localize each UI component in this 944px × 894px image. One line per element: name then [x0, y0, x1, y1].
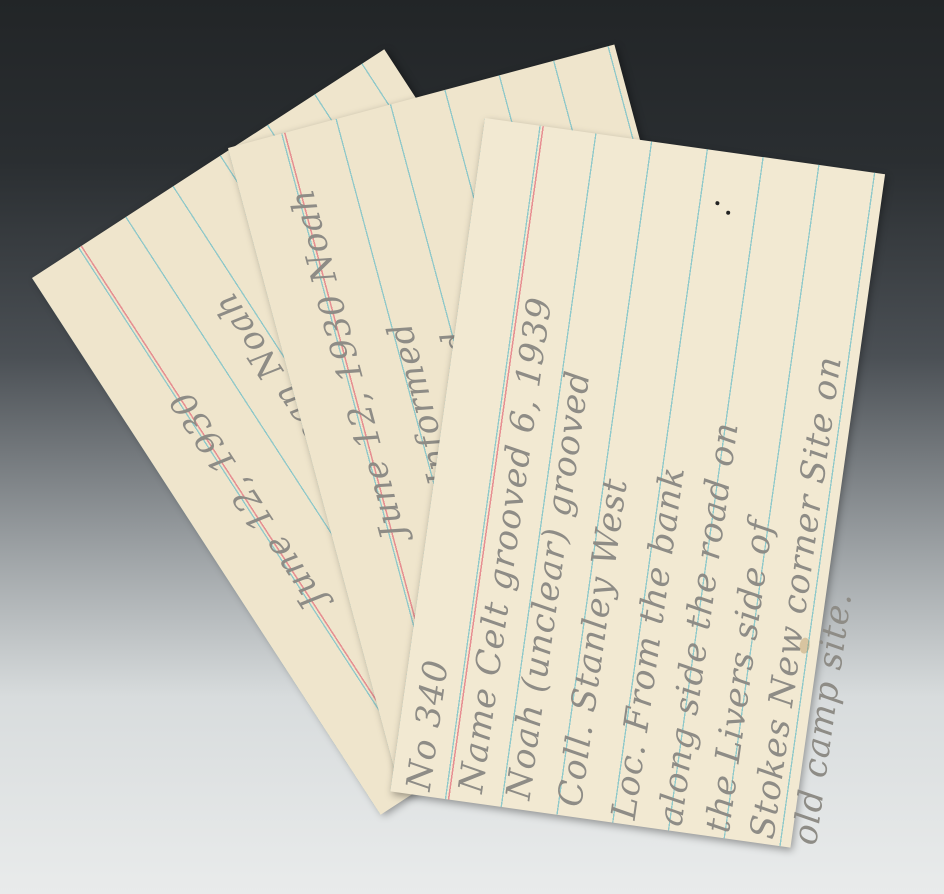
- ink-dot: [726, 211, 731, 216]
- paper-stain: [799, 637, 811, 654]
- ink-dot: [715, 201, 720, 206]
- card-front-line-1: No 340: [399, 657, 457, 793]
